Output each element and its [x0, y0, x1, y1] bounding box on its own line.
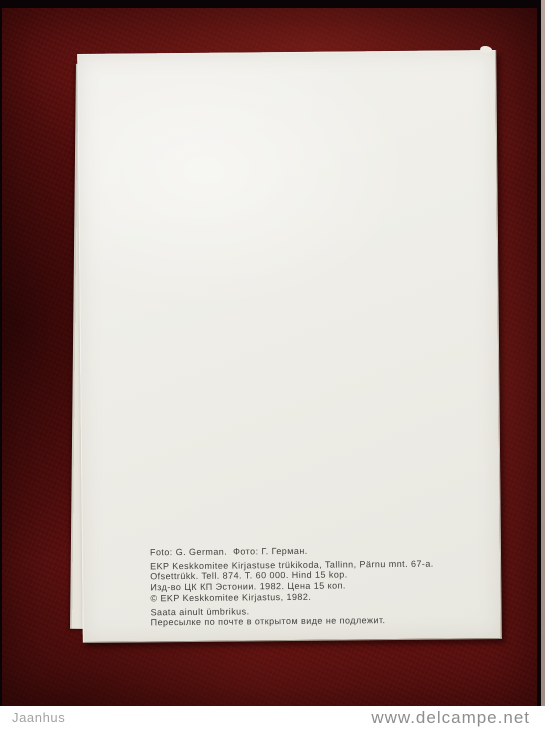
postcard-back: Foto: G. German. Фото: Г. Герман. EKP Ke… — [77, 50, 502, 643]
watermark-strip: Jaanhus www.delcampe.net — [0, 706, 545, 730]
photo-right-edge — [541, 0, 545, 706]
watermark-seller: Jaanhus — [12, 710, 65, 725]
mailing-note-ru: Пересылке по почте в открытом виде не по… — [151, 615, 435, 628]
postcard-photo: Foto: G. German. Фото: Г. Герман. EKP Ke… — [0, 0, 545, 706]
imprint-text-block: Foto: G. German. Фото: Г. Герман. EKP Ke… — [150, 545, 434, 628]
photo-credit-line: Foto: G. German. Фото: Г. Герман. — [150, 545, 434, 558]
watermark-delcampe: www.delcampe.net — [371, 708, 530, 728]
corner-chip — [480, 46, 493, 54]
copyright-line: © EKP Keskkomitee Kirjastus, 1982. — [150, 591, 434, 604]
